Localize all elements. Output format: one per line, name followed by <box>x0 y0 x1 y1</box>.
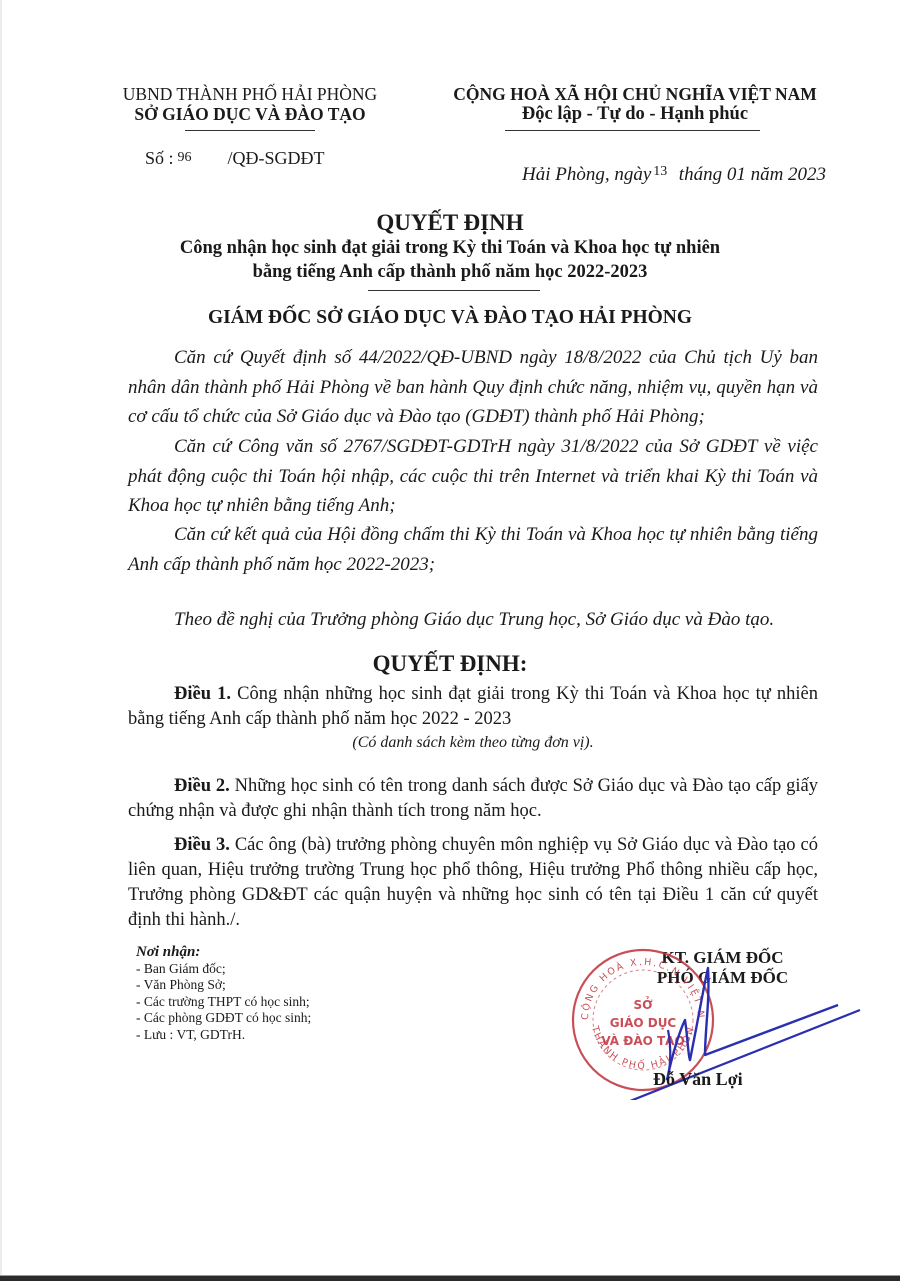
number-code: /QĐ-SGDĐT <box>228 148 325 168</box>
preamble-paragraph: Căn cứ Công văn số 2767/SGDĐT-GDTrH ngày… <box>128 432 818 521</box>
article-label: Điều 2. <box>174 776 230 796</box>
document-number: Số :96/QĐ-SGDĐT <box>145 148 325 169</box>
document-title: QUYẾT ĐỊNH <box>0 210 900 236</box>
preamble-paragraph: Căn cứ Quyết định số 44/2022/QĐ-UBND ngà… <box>128 343 818 432</box>
preamble-paragraph: Theo đề nghị của Trưởng phòng Giáo dục T… <box>128 605 818 635</box>
document-date: Hải Phòng, ngày13 tháng 01 năm 2023 <box>522 164 826 186</box>
date-prefix: Hải Phòng, ngày <box>522 164 651 185</box>
title-underline <box>368 290 540 291</box>
recipient-item: - Lưu : VT, GDTrH. <box>136 1027 311 1044</box>
issuer-authority: UBND THÀNH PHỐ HẢI PHÒNG <box>100 84 400 105</box>
issuing-authority-title: GIÁM ĐỐC SỞ GIÁO DỤC VÀ ĐÀO TẠO HẢI PHÒN… <box>0 307 900 329</box>
motto-underline <box>505 130 760 131</box>
recipient-item: - Ban Giám đốc; <box>136 961 311 978</box>
recipient-item: - Các trường THPT có học sinh; <box>136 994 311 1011</box>
article-3: Điều 3. Các ông (bà) trưởng phòng chuyên… <box>128 833 818 933</box>
date-suffix: tháng 01 năm 2023 <box>679 164 826 185</box>
article-2: Điều 2. Những học sinh có tên trong danh… <box>128 774 818 824</box>
article-label: Điều 3. <box>174 835 230 855</box>
article-label: Điều 1. <box>174 684 231 704</box>
recipient-item: - Các phòng GDĐT có học sinh; <box>136 1010 311 1027</box>
number-label: Số : <box>145 148 174 168</box>
article-1: Điều 1. Công nhận những học sinh đạt giả… <box>128 682 818 732</box>
page-edge <box>0 0 2 1276</box>
decision-heading: QUYẾT ĐỊNH: <box>0 651 900 677</box>
recipients-heading: Nơi nhận: <box>136 944 311 961</box>
national-title: CỘNG HOÀ XÃ HỘI CHỦ NGHĨA VIỆT NAM <box>440 84 830 105</box>
document-subtitle-2: bằng tiếng Anh cấp thành phố năm học 202… <box>0 262 900 283</box>
preamble-paragraph: Căn cứ kết quả của Hội đồng chấm thi Kỳ … <box>128 520 818 579</box>
issuer-department: SỞ GIÁO DỤC VÀ ĐÀO TẠO <box>100 104 400 125</box>
date-day: 13 <box>653 164 667 179</box>
document-subtitle-1: Công nhận học sinh đạt giải trong Kỳ thi… <box>0 238 900 259</box>
national-motto: Độc lập - Tự do - Hạnh phúc <box>440 104 830 125</box>
number-value: 96 <box>178 150 192 165</box>
viewer-bottom-bar <box>0 1275 900 1281</box>
article-1-note: (Có danh sách kèm theo từng đơn vị). <box>128 734 818 752</box>
recipient-item: - Văn Phòng Sở; <box>136 977 311 994</box>
issuer-underline <box>185 130 315 131</box>
recipients-list: Nơi nhận: - Ban Giám đốc; - Văn Phòng Sở… <box>136 944 311 1043</box>
signer-name: Đỗ Văn Lợi <box>653 1069 743 1090</box>
